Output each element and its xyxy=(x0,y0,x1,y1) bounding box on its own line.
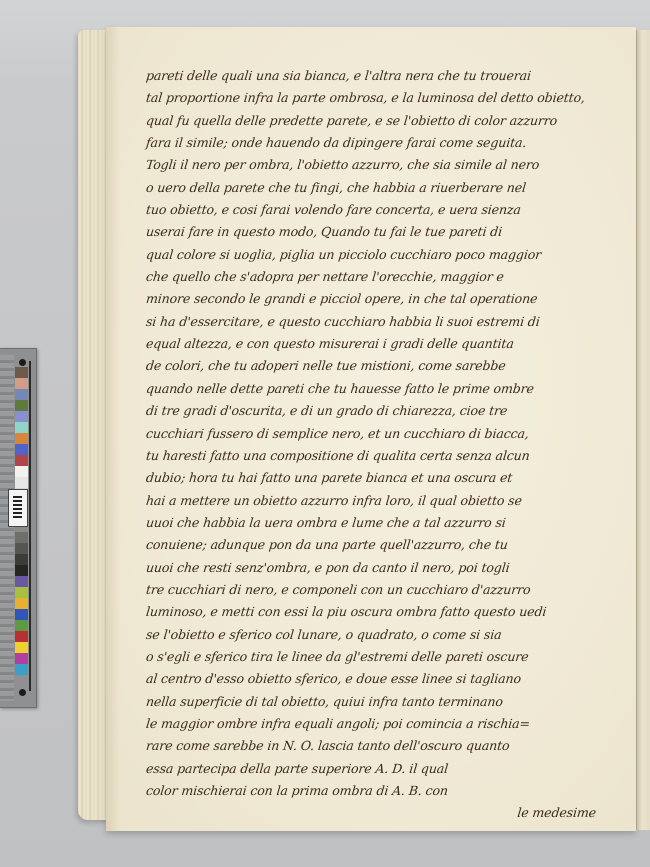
color-swatch xyxy=(15,389,28,400)
manuscript-line: uuoi che habbia la uera ombra e lume che… xyxy=(145,512,607,534)
color-swatch xyxy=(15,565,28,576)
manuscript-line: quando nelle dette pareti che tu hauesse… xyxy=(145,378,607,400)
manuscript-line: dubio; hora tu hai fatto una parete bian… xyxy=(145,467,607,489)
manuscript-line: minore secondo le grandi e picciol opere… xyxy=(145,288,607,310)
color-swatch xyxy=(15,576,28,587)
color-swatch xyxy=(15,598,28,609)
manuscript-line: tre cucchiari di nero, e componeli con u… xyxy=(145,579,607,601)
color-swatch xyxy=(15,554,28,565)
catchword: le medesime xyxy=(145,802,607,824)
manuscript-line: luminoso, e metti con essi la piu oscura… xyxy=(145,601,607,623)
manuscript-line: tal proportione infra la parte ombrosa, … xyxy=(145,87,607,109)
manuscript-line: equal altezza, e con questo misurerai i … xyxy=(145,333,607,355)
manuscript-line: conuiene; adunque pon da una parte quell… xyxy=(145,534,607,556)
manuscript-line: di tre gradi d'oscurita, e di un grado d… xyxy=(145,400,607,422)
manuscript-line: hai a mettere un obietto azzurro infra l… xyxy=(145,490,607,512)
manuscript-line: o uero della parete che tu fingi, che ha… xyxy=(145,177,607,199)
manuscript-line: al centro d'esso obietto sferico, e doue… xyxy=(145,668,607,690)
color-swatch xyxy=(15,411,28,422)
color-swatch xyxy=(15,532,28,543)
manuscript-line: nella superficie di tal obietto, quiui i… xyxy=(145,691,607,713)
color-swatch xyxy=(15,609,28,620)
document-viewer: pareti delle quali una sia bianca, e l'a… xyxy=(0,0,650,867)
manuscript-line: pareti delle quali una sia bianca, e l'a… xyxy=(145,65,607,87)
manuscript-line: qual fu quella delle predette parete, e … xyxy=(145,110,607,132)
color-calibration-target xyxy=(0,348,37,708)
color-swatch xyxy=(15,642,28,653)
color-swatch xyxy=(15,631,28,642)
manuscript-line: tu haresti fatto una compositione di qua… xyxy=(145,445,607,467)
manuscript-line: color mischierai con la prima ombra di A… xyxy=(145,780,607,802)
manuscript-line: de colori, che tu adoperi nelle tue mist… xyxy=(145,355,607,377)
color-swatch xyxy=(15,455,28,466)
color-swatch xyxy=(15,367,28,378)
adjacent-page-edge xyxy=(636,30,650,830)
calibration-barcode-label xyxy=(8,489,28,527)
registration-dot-icon xyxy=(19,359,26,366)
manuscript-text: pareti delle quali una sia bianca, e l'a… xyxy=(146,65,606,825)
manuscript-line: Togli il nero per ombra, l'obietto azzur… xyxy=(145,154,607,176)
color-swatch xyxy=(15,444,28,455)
color-swatch xyxy=(15,466,28,477)
manuscript-line: rare come sarebbe in N. O. lascia tanto … xyxy=(145,735,607,757)
manuscript-line: se l'obietto e sferico col lunare, o qua… xyxy=(145,624,607,646)
color-swatch xyxy=(15,433,28,444)
manuscript-line: cucchiari fussero di semplice nero, et u… xyxy=(145,423,607,445)
calibration-rail xyxy=(29,361,31,691)
color-swatch xyxy=(15,664,28,675)
manuscript-line: o s'egli e sferico tira le linee da gl'e… xyxy=(145,646,607,668)
color-swatch xyxy=(15,378,28,389)
registration-dot-icon xyxy=(19,689,26,696)
calibration-ruler xyxy=(0,355,14,701)
manuscript-line: fara il simile; onde hauendo da dipinger… xyxy=(145,132,607,154)
color-swatch xyxy=(15,422,28,433)
color-swatch xyxy=(15,400,28,411)
color-swatch xyxy=(15,653,28,664)
manuscript-line: le maggior ombre infra equali angoli; po… xyxy=(145,713,607,735)
color-swatch xyxy=(15,587,28,598)
manuscript-line: che quello che s'adopra per nettare l'or… xyxy=(145,266,607,288)
manuscript-line: tuo obietto, e cosi farai volendo fare c… xyxy=(145,199,607,221)
manuscript-line: si ha d'essercitare, e questo cucchiaro … xyxy=(145,311,607,333)
manuscript-line: qual colore si uoglia, piglia un picciol… xyxy=(145,244,607,266)
color-swatch xyxy=(15,477,28,488)
manuscript-line: userai fare in questo modo, Quando tu fa… xyxy=(145,221,607,243)
manuscript-line: uuoi che resti senz'ombra, e pon da cant… xyxy=(145,557,607,579)
color-swatch xyxy=(15,543,28,554)
manuscript-line: essa partecipa della parte superiore A. … xyxy=(145,758,607,780)
color-swatch xyxy=(15,620,28,631)
manuscript-page: pareti delle quali una sia bianca, e l'a… xyxy=(106,27,636,831)
